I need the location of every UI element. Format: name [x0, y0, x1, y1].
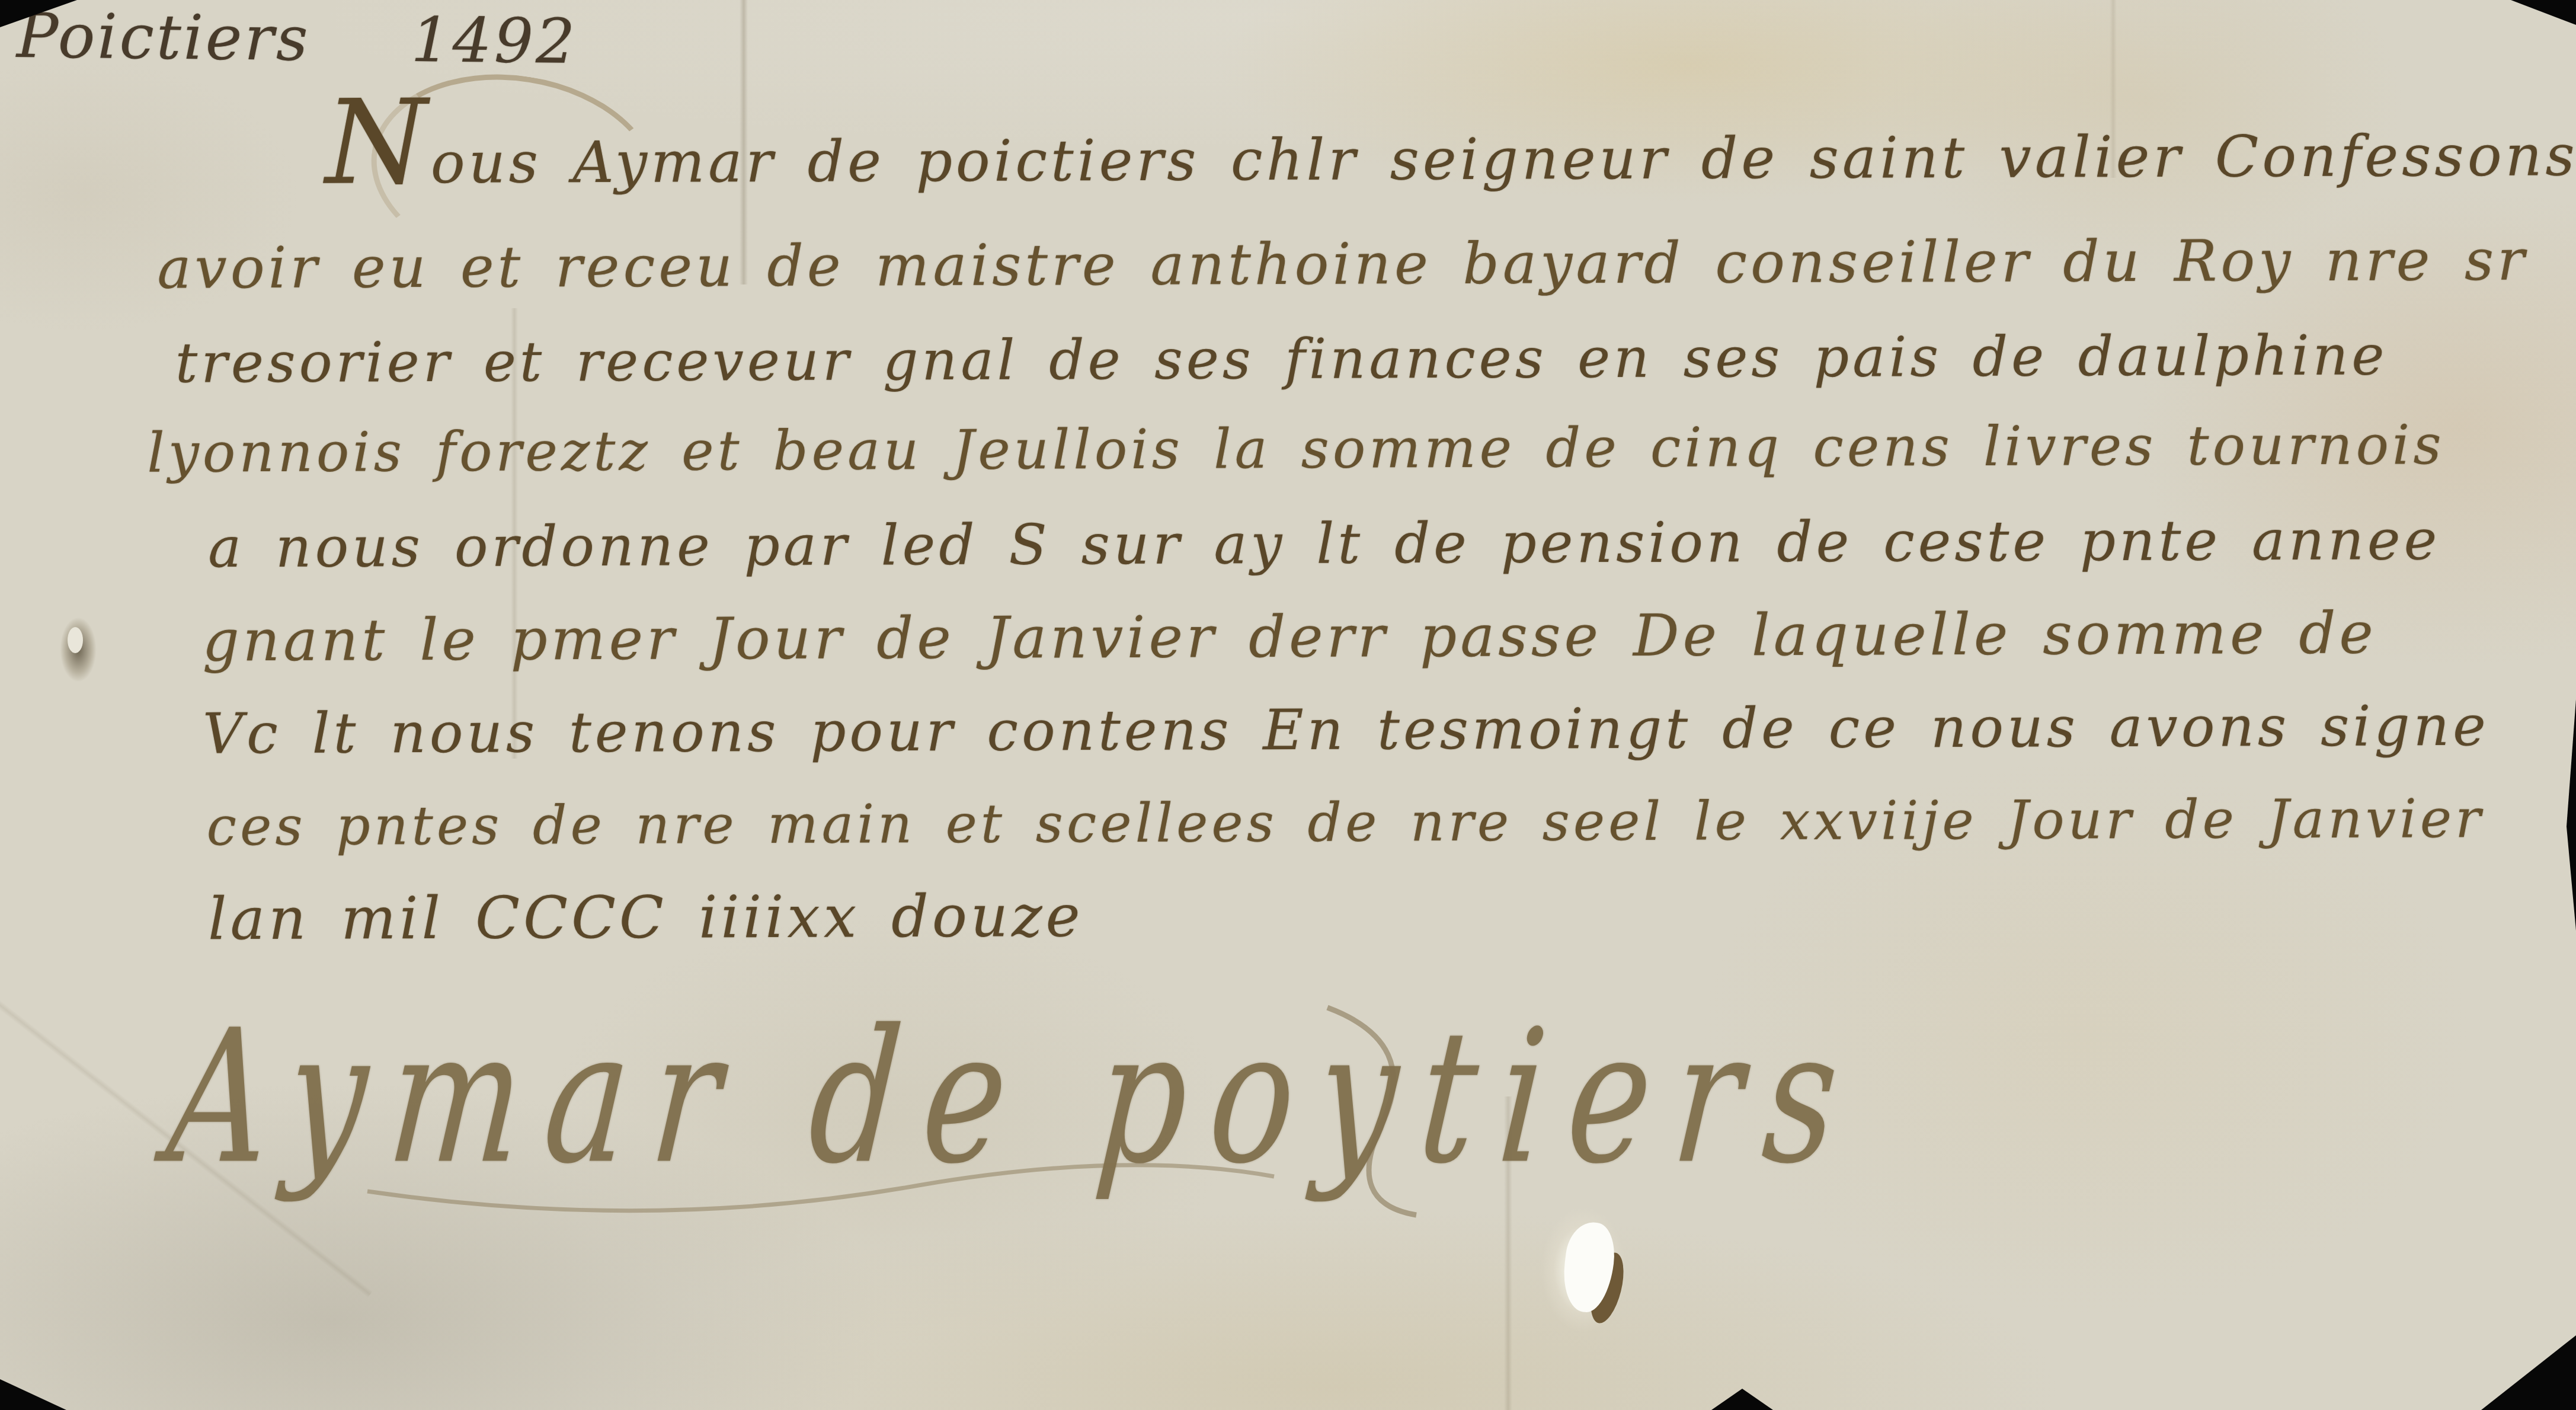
manuscript-line: a nous ordonne par led S sur ay lt de pe… — [208, 513, 2440, 576]
parchment-sheet: Poictiers1492 Nous Aymar de poictiers ch… — [0, 0, 2576, 1410]
manuscript-line: lan mil CCCC iiiixx douze — [208, 887, 1084, 948]
parchment-damage-left-edge — [57, 612, 100, 688]
manuscript-line: gnant le pmer Jour de Janvier derr passe… — [202, 605, 2377, 670]
manuscript-line: Nous Aymar de poictiers chlr seigneur de… — [325, 127, 2576, 191]
manuscript-line: ces pntes de nre main et scellees de nre… — [207, 792, 2485, 853]
signature-aymar-de-poytiers: Aymar de poytiers — [161, 991, 1868, 1204]
manuscript-line: Vc lt nous tenons pour contens En tesmoi… — [203, 699, 2489, 762]
manuscript-line: avoir eu et receu de maistre anthoine ba… — [157, 232, 2528, 297]
manuscript-line: lyonnois foreztz et beau Jeullois la som… — [147, 418, 2444, 481]
photo-frame: Poictiers1492 Nous Aymar de poictiers ch… — [0, 0, 2576, 1410]
manuscript-line: tresorier et receveur gnal de ses financ… — [175, 328, 2388, 391]
